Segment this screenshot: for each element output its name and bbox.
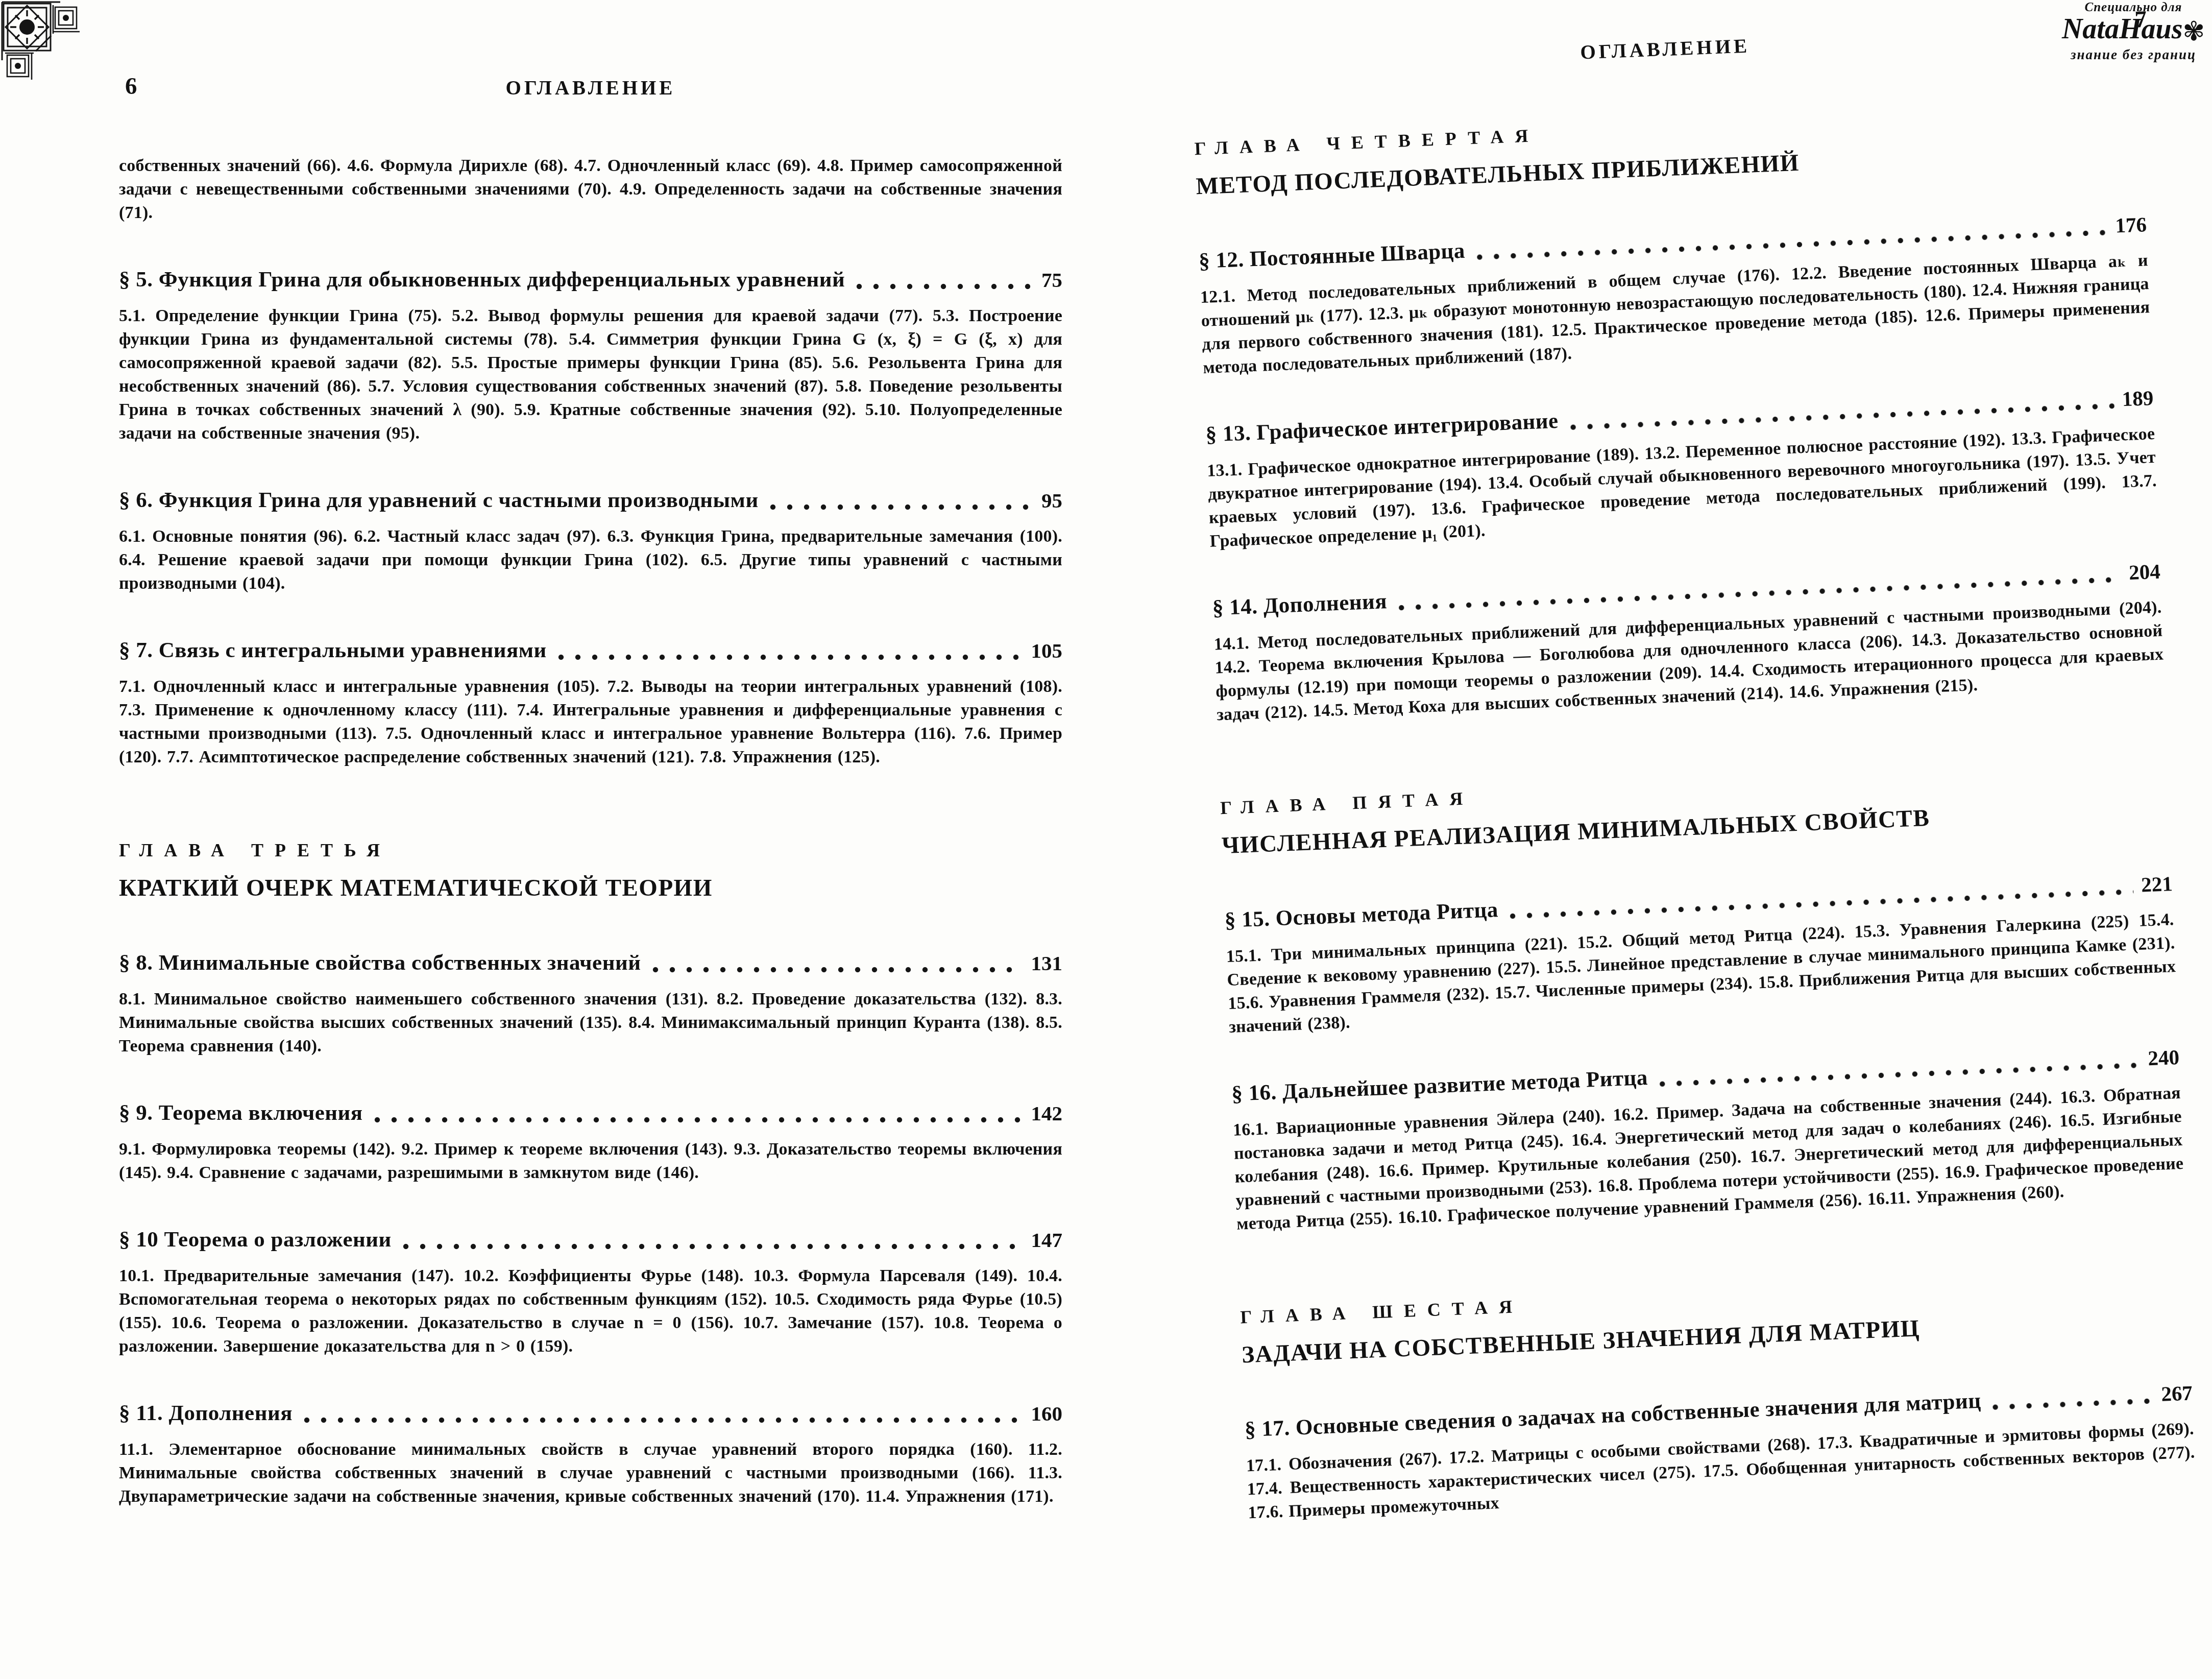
- toc-entry-heading: § 6. Функция Грина для уравнений с частн…: [119, 486, 1062, 515]
- toc-entry: § 6. Функция Грина для уравнений с частн…: [119, 486, 1062, 595]
- toc-entry-body: 7.1. Одночленный класс и интегральные ур…: [119, 675, 1062, 769]
- toc-entry-page-number: 95: [1041, 486, 1062, 515]
- dot-leader: [770, 504, 1033, 510]
- toc-entry: § 9. Теорема включения 142 9.1. Формулир…: [119, 1099, 1062, 1185]
- watermark-kicker: Специально для: [2062, 1, 2205, 14]
- toc-entry-title: § 12. Постоянные Шварца: [1198, 237, 1466, 276]
- toc-entry: § 8. Минимальные свойства собственных зн…: [119, 949, 1062, 1058]
- toc-entry-page-number: 221: [2141, 869, 2173, 899]
- corner-ornament-icon: [0, 0, 82, 82]
- toc-entry: § 14. Дополнения 204 14.1. Метод последо…: [1212, 557, 2165, 727]
- page-header: ОГЛАВЛЕНИЕ 7: [1191, 19, 2140, 85]
- toc-entry: § 10 Теорема о разложении 147 10.1. Пред…: [119, 1226, 1062, 1358]
- page-header-title: ОГЛАВЛЕНИЕ: [1191, 19, 2140, 80]
- toc-entry-body: 11.1. Элементарное обоснование минимальн…: [119, 1438, 1062, 1508]
- toc-entry-title: § 13. Графическое интегрирование: [1205, 407, 1559, 449]
- toc-entry-body: 6.1. Основные понятия (96). 6.2. Частный…: [119, 525, 1062, 595]
- chapter-heading: ГЛАВА ПЯТАЯ ЧИСЛЕННАЯ РЕАЛИЗАЦИЯ МИНИМАЛ…: [1220, 760, 2170, 859]
- toc-entry-heading: § 11. Дополнения 160: [119, 1399, 1062, 1428]
- chapter-heading: ГЛАВА ЧЕТВЕРТАЯ МЕТОД ПОСЛЕДОВАТЕЛЬНЫХ П…: [1194, 101, 2144, 200]
- toc-entry-page-number: 204: [2128, 557, 2161, 587]
- toc-entry-title: § 15. Основы метода Ритца: [1224, 896, 1499, 935]
- toc-entry-page-number: 147: [1031, 1226, 1063, 1254]
- page-number: 7: [2134, 6, 2148, 34]
- toc-entry-body: 9.1. Формулировка теоремы (142). 9.2. Пр…: [119, 1138, 1062, 1185]
- toc-entry-body: 8.1. Минимальное свойство наименьшего со…: [119, 988, 1062, 1058]
- toc-entry: § 16. Дальнейшее развитие метода Ритца 2…: [1231, 1043, 2185, 1236]
- toc-entry-title: § 14. Дополнения: [1212, 587, 1388, 622]
- toc-entry-title: § 11. Дополнения: [119, 1399, 293, 1428]
- toc-entry-page-number: 176: [2114, 210, 2147, 239]
- dot-leader: [304, 1417, 1023, 1423]
- toc-entry-title: § 8. Минимальные свойства собственных зн…: [119, 949, 641, 977]
- dot-leader: [1992, 1398, 2153, 1410]
- book-scan: Специально для NataHaus✾ знание без гран…: [0, 0, 2212, 1679]
- toc-entry-page-number: 189: [2122, 383, 2154, 413]
- toc-entry: § 5. Функция Грина для обыкновенных дифф…: [119, 266, 1062, 445]
- toc-entry: § 13. Графическое интегрирование 189 13.…: [1205, 383, 2158, 554]
- toc-entry: § 11. Дополнения 160 11.1. Элементарное …: [119, 1399, 1062, 1508]
- chapter-kicker: ГЛАВА ТРЕТЬЯ: [119, 839, 1062, 861]
- toc-entry-title: § 7. Связь с интегральными уравнениями: [119, 636, 547, 665]
- toc-entry-title: § 16. Дальнейшее развитие метода Ритца: [1231, 1064, 1648, 1109]
- chapter-heading: ГЛАВА ТРЕТЬЯ КРАТКИЙ ОЧЕРК МАТЕМАТИЧЕСКО…: [119, 839, 1062, 902]
- toc-entry-page-number: 105: [1031, 636, 1063, 665]
- toc-entry-heading: § 5. Функция Грина для обыкновенных дифф…: [119, 266, 1062, 294]
- toc-entry-title: § 6. Функция Грина для уравнений с частн…: [119, 486, 759, 515]
- toc-entry-page-number: 267: [2160, 1378, 2193, 1408]
- toc-intro-text: собственных значений (66). 4.6. Формула …: [119, 154, 1062, 225]
- toc-blocks: собственных значений (66). 4.6. Формула …: [119, 154, 1062, 1508]
- toc-entry-page-number: 240: [2147, 1043, 2180, 1072]
- toc-entry-heading: § 10 Теорема о разложении 147: [119, 1226, 1062, 1254]
- toc-entry-heading: § 8. Минимальные свойства собственных зн…: [119, 949, 1062, 977]
- toc-entry-page-number: 75: [1041, 266, 1062, 294]
- dot-leader: [1659, 1062, 2140, 1087]
- page-header-title: ОГЛАВЛЕНИЕ: [119, 77, 1062, 100]
- chapter-title: КРАТКИЙ ОЧЕРК МАТЕМАТИЧЕСКОЙ ТЕОРИИ: [119, 874, 1062, 902]
- dot-leader: [558, 654, 1023, 660]
- page-left: 6 ОГЛАВЛЕНИЕ собственных значений (66). …: [119, 77, 1062, 1508]
- toc-entry-heading: § 7. Связь с интегральными уравнениями 1…: [119, 636, 1062, 665]
- toc-entry-heading: § 9. Теорема включения 142: [119, 1099, 1062, 1128]
- toc-blocks: ГЛАВА ЧЕТВЕРТАЯ МЕТОД ПОСЛЕДОВАТЕЛЬНЫХ П…: [1194, 101, 2196, 1525]
- toc-entry-body: 10.1. Предварительные замечания (147). 1…: [119, 1264, 1062, 1358]
- toc-entry-body: 5.1. Определение функции Грина (75). 5.2…: [119, 304, 1062, 445]
- toc-entry-title: § 10 Теорема о разложении: [119, 1226, 392, 1254]
- page-number: 6: [125, 73, 137, 100]
- toc-entry: § 12. Постоянные Шварца 176 12.1. Метод …: [1198, 210, 2151, 380]
- dot-leader: [374, 1117, 1023, 1123]
- flower-icon: ✾: [2182, 17, 2205, 46]
- page-right: ОГЛАВЛЕНИЕ 7 ГЛАВА ЧЕТВЕРТАЯ МЕТОД ПОСЛЕ…: [1191, 19, 2197, 1525]
- toc-entry-page-number: 131: [1031, 949, 1063, 977]
- toc-entry-body: 16.1. Вариационные уравнения Эйлера (240…: [1232, 1082, 2185, 1236]
- chapter-heading: ГЛАВА ШЕСТАЯ ЗАДАЧИ НА СОБСТВЕННЫЕ ЗНАЧЕ…: [1240, 1269, 2190, 1369]
- dot-leader: [403, 1243, 1023, 1250]
- toc-entry: § 7. Связь с интегральными уравнениями 1…: [119, 636, 1062, 769]
- dot-leader: [856, 283, 1033, 290]
- toc-entry-page-number: 142: [1031, 1099, 1063, 1128]
- toc-entry: § 15. Основы метода Ритца 221 15.1. Три …: [1224, 869, 2177, 1039]
- dot-leader: [1570, 403, 2114, 430]
- toc-entry-page-number: 160: [1031, 1399, 1063, 1428]
- toc-entry-title: § 9. Теорема включения: [119, 1099, 363, 1128]
- dot-leader: [652, 967, 1023, 973]
- toc-entry: § 17. Основные сведения о задачах на соб…: [1244, 1378, 2196, 1525]
- page-header: 6 ОГЛАВЛЕНИЕ: [119, 77, 1062, 105]
- toc-entry-title: § 5. Функция Грина для обыкновенных дифф…: [119, 266, 845, 294]
